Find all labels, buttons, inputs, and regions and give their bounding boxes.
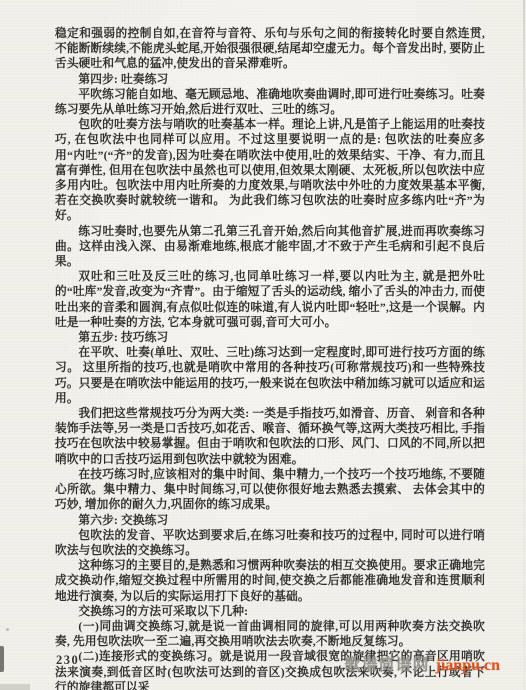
body-paragraph: 这种练习的主要目的,是熟悉和习惯两种吹奏法的相互交换使用。要求正确地完成交换动作…	[55, 558, 485, 604]
page-text: 稳定和强弱的控制自如,在音符与音符、乐句与乐句之间的衔接转化时要自然连贯, 不能…	[55, 26, 485, 690]
section-heading: 第六步: 交换练习	[55, 513, 485, 528]
scan-artifact-bottom-streak	[0, 684, 30, 690]
scan-artifact-right-edge	[523, 0, 525, 690]
scan-artifact-left-bar	[0, 646, 4, 672]
body-paragraph: 平吹练习能自如地、毫无顾忌地、准确地吹奏曲调时,即可进行吐奏练习。吐奏练习要先从…	[55, 87, 485, 117]
watermark-site-name: 歌谱简谱网	[345, 657, 430, 674]
book-page: 稳定和强弱的控制自如,在音符与音符、乐句与乐句之间的衔接转化时要自然连贯, 不能…	[0, 0, 526, 690]
page-number: 230	[56, 653, 79, 668]
scan-artifact-speck	[6, 628, 9, 631]
body-paragraph: 我们把这些常规技巧分为两大类: 一类是手指技巧,如滑音、历音、 剁音和各种装饰手…	[55, 406, 485, 467]
body-paragraph: 包吹法的发音、平吹达到要求后,在练习吐奏和技巧的过程中, 同时可以进行哨吹法与包…	[55, 528, 485, 558]
body-paragraph: 稳定和强弱的控制自如,在音符与音符、乐句与乐句之间的衔接转化时要自然连贯, 不能…	[55, 26, 485, 72]
body-paragraph: 包吹的吐奏方法与哨吹的吐奏基本一样。理论上讲,凡是笛子上能运用的吐奏技巧, 在包…	[55, 117, 485, 223]
section-heading: 第四步: 吐奏练习	[55, 72, 485, 87]
watermark: 歌谱简谱网jianpu.cn	[345, 652, 500, 675]
watermark-site-url: jianpu.cn	[436, 657, 500, 674]
body-paragraph: 练习吐奏时,也要先从第二孔第三孔音开始,然后向其他音扩展,进而再吹奏练习曲。这样…	[55, 224, 485, 270]
body-paragraph: 双吐和三吐及反三吐的练习,也同单吐练习一样,要以内吐为主, 就是把外吐的“吐库”…	[55, 269, 485, 330]
body-paragraph: 在技巧练习时,应该相对的集中时间、集中精力,一个技巧一个技巧地练, 不要随心所欲…	[55, 467, 485, 513]
body-paragraph: 交换练习的方法可采取以下几种:	[55, 604, 485, 619]
section-heading: 第五步: 技巧练习	[55, 330, 485, 345]
body-paragraph: 在平吹、吐奏(单吐、双吐、三吐)练习达到一定程度时,即可进行技巧方面的练习。 这…	[55, 345, 485, 406]
body-paragraph: (一)同曲调交换练习,就是说一首曲调相同的旋律,可以用两种吹奏方法交换吹奏, 先…	[55, 619, 485, 649]
